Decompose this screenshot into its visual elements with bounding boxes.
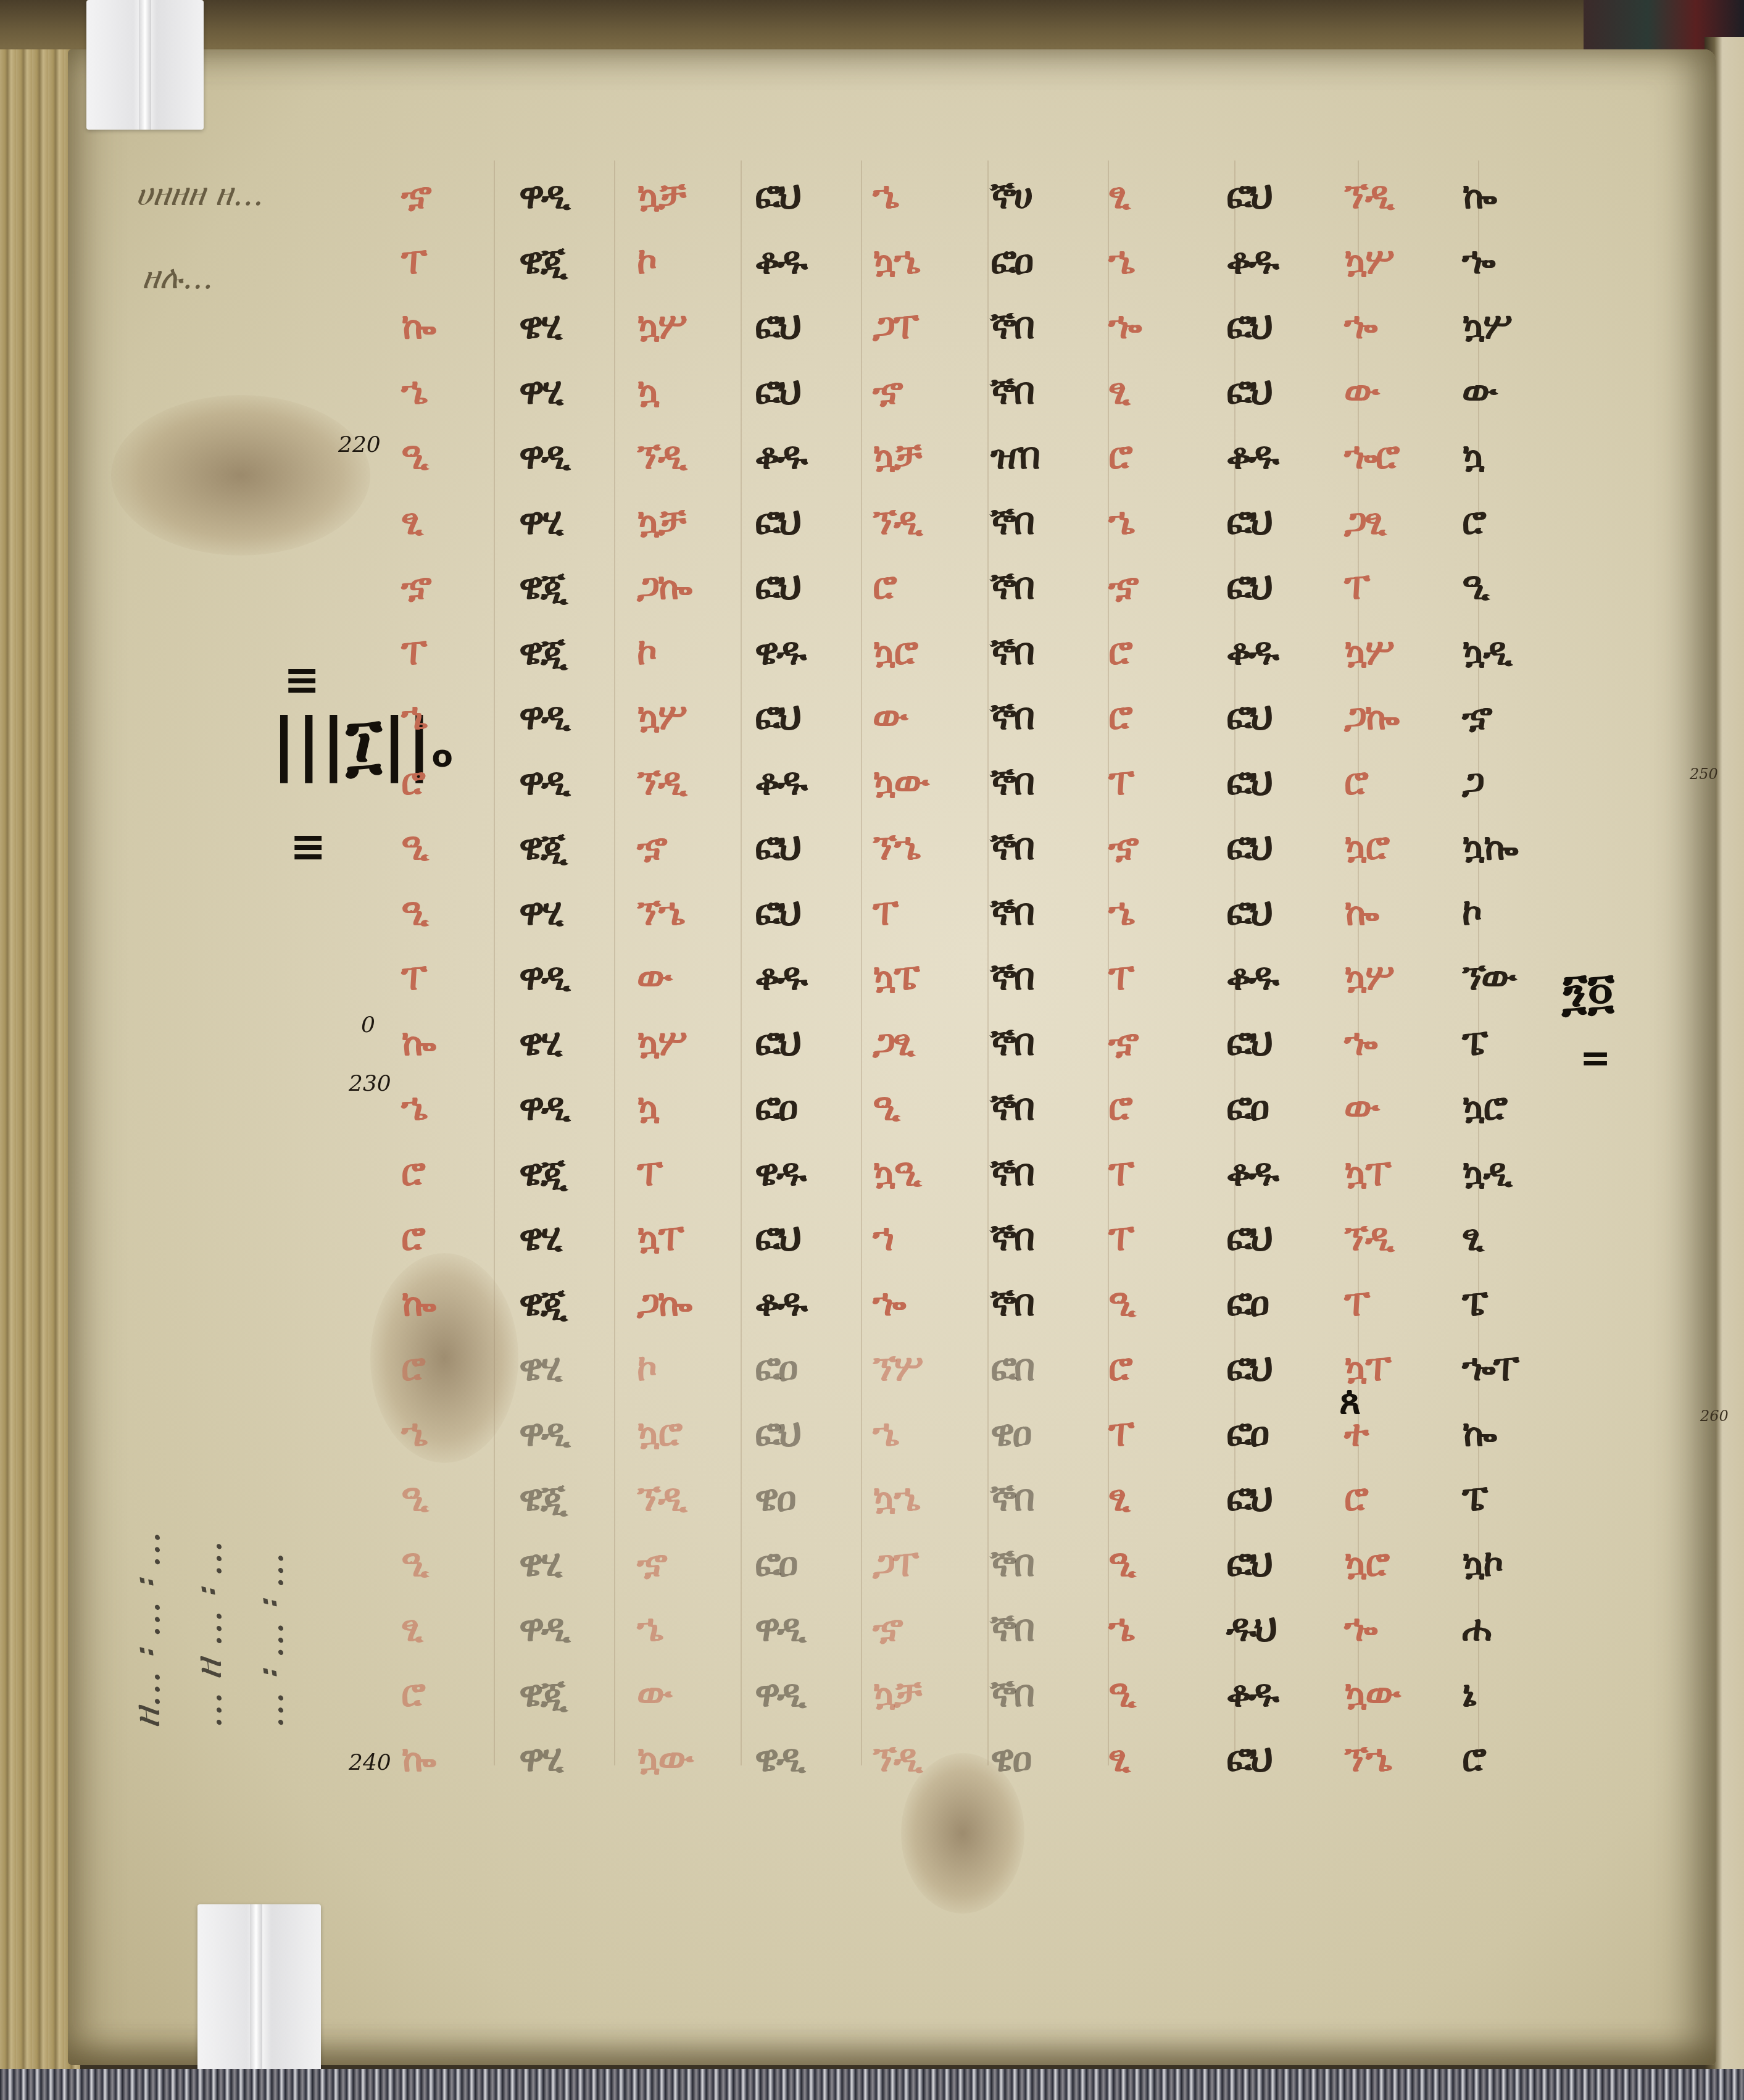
- table-cell: ሮ: [389, 1141, 507, 1206]
- table-cell: ኄ: [1096, 229, 1214, 294]
- table-cell: ፎህ: [1214, 1466, 1332, 1531]
- table-cell: ዌዲ: [742, 1727, 860, 1792]
- table-cell: ፎዐ: [1214, 1401, 1332, 1467]
- table-cell: ኳቻ: [860, 424, 978, 490]
- table-cell: ኞበ: [978, 490, 1096, 555]
- table-cell: ኞበ: [978, 880, 1096, 946]
- table-cell: ዌጂ: [507, 229, 625, 294]
- table-cell: ኳሦ: [625, 1010, 742, 1076]
- table-cell: ኳው: [860, 750, 978, 815]
- table-cell: ኇ: [625, 1531, 742, 1597]
- table-cell: ኞበ: [978, 294, 1096, 359]
- table-cell: ዌጂ: [507, 815, 625, 880]
- table-cell: ፎህ: [1214, 359, 1332, 425]
- table-cell: ኇ: [1096, 1010, 1214, 1076]
- table-cell: ዋሂ: [507, 490, 625, 555]
- table-cell: ኳሮ: [1332, 1531, 1450, 1597]
- margin-number: 240: [349, 1750, 391, 1775]
- table-cell: ኇ: [860, 1596, 978, 1662]
- table-cell: ፐ: [389, 945, 507, 1010]
- table-cell: ዋሂ: [507, 1727, 625, 1792]
- table-cell: ኮ: [1450, 880, 1568, 946]
- table-cell: ኮ: [625, 620, 742, 685]
- table-cell: ው: [625, 945, 742, 1010]
- table-cell: ፐ: [1096, 1141, 1214, 1206]
- table-cell: ቆዱ: [742, 945, 860, 1010]
- table-cell: ዒ: [389, 1466, 507, 1531]
- table-cell: ዒ: [860, 1075, 978, 1141]
- table-cell: ፎህ: [1214, 750, 1332, 815]
- table-cell: ኰ: [389, 294, 507, 359]
- table-cell: ኳሦ: [1332, 229, 1450, 294]
- table-cell: ኞበ: [978, 1271, 1096, 1336]
- table-cell: ኳቻ: [625, 164, 742, 229]
- table-cell: ፎህ: [1214, 880, 1332, 946]
- table-cell: ፎህ: [742, 1010, 860, 1076]
- table-cell: ፎህ: [1214, 1531, 1332, 1597]
- table-cell: ፎህ: [1214, 685, 1332, 750]
- table-cell: ው: [625, 1662, 742, 1727]
- table-cell: ኈ: [1096, 294, 1214, 359]
- table-cell: ኰ: [1450, 164, 1568, 229]
- table-cell: ኞበ: [978, 1531, 1096, 1597]
- table-cell: ኇ: [1096, 815, 1214, 880]
- table-cell: ፐ: [860, 880, 978, 946]
- table-cell: ፎህ: [1214, 1206, 1332, 1271]
- table-cell: ኳሮ: [625, 1401, 742, 1467]
- table-cell: ኳኮ: [1450, 1531, 1568, 1597]
- table-cell: ቆዱ: [742, 424, 860, 490]
- table-cell: ፎህ: [1214, 164, 1332, 229]
- table-cell: ኘው: [1450, 945, 1568, 1010]
- table-cell: ዒ: [389, 880, 507, 946]
- table-cell: ፂ: [1096, 1466, 1214, 1531]
- table-cell: ኄ: [389, 359, 507, 425]
- table-cell: ኞበ: [978, 1010, 1096, 1076]
- table-cell: ቆዱ: [1214, 1662, 1332, 1727]
- table-cell: ፂ: [389, 1596, 507, 1662]
- numeral-strokes: |||: [272, 704, 346, 783]
- vertical-note-line: ... ፡ ... ፡ ...: [247, 1552, 293, 1728]
- table-cell: ዌዐ: [978, 1727, 1096, 1792]
- table-cell: ፐ: [1096, 1401, 1214, 1467]
- table-cell: ፎዐ: [1214, 1271, 1332, 1336]
- margin-number: 230: [349, 1071, 391, 1096]
- table-cell: ፂ: [389, 490, 507, 555]
- table-cell: ቆዱ: [742, 750, 860, 815]
- computus-table: ኇዋዲኳቻፎህኄኞሀፂፎህኘዲኰፐዌጂኮቆዱኳኄፎዐኄቆዱኳሦኈኰዌሂኳሦፎህጋ…: [389, 164, 1568, 1792]
- stain: [111, 395, 370, 556]
- table-cell: ሮ: [1096, 1075, 1214, 1141]
- table-cell: ሮ: [389, 1206, 507, 1271]
- table-cell: ሮ: [389, 750, 507, 815]
- table-cell: ኳው: [625, 1727, 742, 1792]
- table-cell: ኘዲ: [1332, 1206, 1450, 1271]
- table-cell: ፎህ: [1214, 1727, 1332, 1792]
- table-cell: ሮ: [1332, 750, 1450, 815]
- table-cell: ዌጂ: [507, 1271, 625, 1336]
- table-cell: ኞበ: [978, 1075, 1096, 1141]
- table-cell: ዋዲ: [742, 1662, 860, 1727]
- table-cell: ዱህ: [1214, 1596, 1332, 1662]
- table-cell: ፎዐ: [742, 1075, 860, 1141]
- table-cell: ው: [860, 685, 978, 750]
- table-cell: ኔ: [1450, 1662, 1568, 1727]
- vertical-note-line: ዘ... ፡ ... ፡ ...: [123, 1531, 169, 1728]
- table-cell: ፎህ: [742, 554, 860, 620]
- table-cell: ቆዱ: [1214, 1141, 1332, 1206]
- table-cell: ኳፐ: [1332, 1141, 1450, 1206]
- margin-number: 0: [361, 1012, 375, 1038]
- table-cell: ሮ: [389, 1662, 507, 1727]
- table-cell: ዋዲ: [742, 1596, 860, 1662]
- table-cell: ኈ: [1450, 229, 1568, 294]
- table-cell: ኘዲ: [860, 1727, 978, 1792]
- table-cell: ሮ: [860, 554, 978, 620]
- table-cell: ዒ: [389, 424, 507, 490]
- table-cell: ፎዐ: [742, 1531, 860, 1597]
- table-cell: ፐ: [389, 229, 507, 294]
- table-cell: ኞበ: [978, 1596, 1096, 1662]
- margin-number: 260: [1700, 1407, 1729, 1425]
- table-cell: ኄ: [389, 1075, 507, 1141]
- table-cell: ዠበ: [978, 424, 1096, 490]
- table-cell: ኘዲ: [860, 490, 978, 555]
- page-clip-top: [86, 0, 204, 130]
- table-cell: ዌጂ: [507, 620, 625, 685]
- margin-number: 250: [1690, 765, 1718, 783]
- table-cell: ኇ: [1450, 685, 1568, 750]
- table-cell: ኘኄ: [1332, 1727, 1450, 1792]
- table-cell: ዋዲ: [507, 1075, 625, 1141]
- table-cell: ፎህ: [742, 490, 860, 555]
- table-cell: ፎህ: [742, 294, 860, 359]
- table-cell: ኞበ: [978, 945, 1096, 1010]
- table-cell: ፎህ: [1214, 1010, 1332, 1076]
- table-cell: ዋዲ: [507, 945, 625, 1010]
- table-cell: ፔ: [1450, 1010, 1568, 1076]
- table-cell: ሮ: [1450, 1727, 1568, 1792]
- table-cell: ሮ: [1096, 424, 1214, 490]
- background-textile-bottom: [0, 2069, 1744, 2100]
- table-cell: ዌጂ: [507, 1662, 625, 1727]
- table-cell: ኳፐ: [625, 1206, 742, 1271]
- table-cell: ኀ: [860, 1206, 978, 1271]
- table-cell: ኄ: [1096, 1596, 1214, 1662]
- table-cell: ኳኄ: [860, 229, 978, 294]
- table-cell: ኳሦ: [625, 294, 742, 359]
- table-cell: ፐ: [625, 1141, 742, 1206]
- table-cell: ኮ: [625, 1336, 742, 1401]
- table-cell: ኈሮ: [1332, 424, 1450, 490]
- table-cell: ዌሂ: [507, 1206, 625, 1271]
- table-cell: ፎህ: [1214, 815, 1332, 880]
- table-cell: ዒ: [1450, 554, 1568, 620]
- table-cell: ኞበ: [978, 554, 1096, 620]
- table-cell: ዋዲ: [507, 685, 625, 750]
- table-cell: ኇ: [625, 815, 742, 880]
- table-cell: ዋዲ: [507, 164, 625, 229]
- table-cell: ቆዱ: [742, 229, 860, 294]
- table-cell: ኞበ: [978, 1662, 1096, 1727]
- table-cell: ፐ: [1096, 1206, 1214, 1271]
- table-cell: ሮ: [1096, 620, 1214, 685]
- table-cell: ዒ: [1096, 1531, 1214, 1597]
- margin-number: 220: [338, 432, 381, 457]
- table-cell: ፎዐ: [742, 1336, 860, 1401]
- table-cell: ፎህ: [742, 1401, 860, 1467]
- numeral-dots-top: ≡: [284, 654, 320, 705]
- table-cell: ፂ: [1096, 359, 1214, 425]
- table-cell: ዌጂ: [507, 554, 625, 620]
- table-cell: ተ: [1332, 1401, 1450, 1467]
- table-cell: ሐ: [1450, 1596, 1568, 1662]
- table-cell: ኘኄ: [625, 880, 742, 946]
- table-cell: ኄ: [625, 1596, 742, 1662]
- table-cell: ኘዲ: [625, 424, 742, 490]
- table-cell: ኳኄ: [860, 1466, 978, 1531]
- table-cell: ዋሂ: [507, 359, 625, 425]
- table-cell: ፔ: [1450, 1466, 1568, 1531]
- table-cell: ዋዲ: [507, 1401, 625, 1467]
- top-margin-note-line: ሀዘዘዘ ዘ...: [136, 176, 263, 214]
- table-cell: ኞበ: [978, 1141, 1096, 1206]
- table-cell: ኳ: [625, 359, 742, 425]
- top-margin-note-line: ዘሉ...: [142, 259, 213, 297]
- table-cell: ቆዱ: [1214, 620, 1332, 685]
- table-cell: ዌሂ: [507, 1531, 625, 1597]
- table-cell: ኞበ: [978, 359, 1096, 425]
- table-cell: ዋዲ: [507, 1596, 625, 1662]
- table-cell: ኳ: [625, 1075, 742, 1141]
- table-cell: ኇ: [1096, 554, 1214, 620]
- table-cell: ኳፐ: [1332, 1336, 1450, 1401]
- table-cell: ኇ: [389, 164, 507, 229]
- table-cell: ኈ: [1332, 1596, 1450, 1662]
- table-cell: ዌዐ: [978, 1401, 1096, 1467]
- table-cell: ኳሦ: [1332, 945, 1450, 1010]
- table-cell: ሮ: [1096, 1336, 1214, 1401]
- table-cell: ጋኰ: [1332, 685, 1450, 750]
- table-cell: ፎህ: [742, 164, 860, 229]
- table-cell: ሮ: [1450, 490, 1568, 555]
- table-cell: ኈ: [1332, 1010, 1450, 1076]
- table-cell: ኳኰ: [1450, 815, 1568, 880]
- numeral-glyph: ፲: [346, 704, 383, 783]
- table-cell: ኘሦ: [860, 1336, 978, 1401]
- table-cell: ኞበ: [978, 620, 1096, 685]
- table-cell: ዒ: [389, 815, 507, 880]
- table-cell: ፐ: [1096, 750, 1214, 815]
- table-cell: ኳሮ: [860, 620, 978, 685]
- marginal-numeral-right: ፺፬: [1561, 963, 1614, 1021]
- table-cell: ፎህ: [1214, 490, 1332, 555]
- table-cell: ቆዱ: [1214, 945, 1332, 1010]
- table-cell: ኳዲ: [1450, 620, 1568, 685]
- table-cell: ኘዲ: [1332, 164, 1450, 229]
- table-cell: ኄ: [1096, 880, 1214, 946]
- table-cell: ኳው: [1332, 1662, 1450, 1727]
- table-cell: ኳ: [1450, 424, 1568, 490]
- table-cell: ፂ: [1096, 1727, 1214, 1792]
- table-cell: ጋፂ: [860, 1010, 978, 1076]
- table-cell: ጋፐ: [860, 294, 978, 359]
- table-cell: ፂ: [1450, 1206, 1568, 1271]
- table-cell: ፎዐ: [978, 229, 1096, 294]
- numeral-dots-bottom: ≡: [290, 821, 326, 872]
- table-cell: ሮ: [389, 1336, 507, 1401]
- table-cell: ኳቻ: [625, 490, 742, 555]
- table-cell: ኞበ: [978, 1466, 1096, 1531]
- table-cell: ኳሦ: [1332, 620, 1450, 685]
- table-cell: ዒ: [1096, 1662, 1214, 1727]
- table-cell: ኄ: [860, 164, 978, 229]
- table-cell: ኄ: [1096, 490, 1214, 555]
- vertical-note-line: ... ዘ ... ፡ ...: [185, 1540, 231, 1728]
- table-cell: ፎህ: [1214, 554, 1332, 620]
- table-cell: ሮ: [1096, 685, 1214, 750]
- table-cell: ጋ: [1450, 750, 1568, 815]
- table-cell: ፐ: [1332, 1271, 1450, 1336]
- table-cell: ኘዲ: [625, 1466, 742, 1531]
- table-cell: ው: [1450, 359, 1568, 425]
- marginal-numeral-right-dots: =: [1580, 1037, 1611, 1080]
- table-cell: ኰ: [389, 1010, 507, 1076]
- table-cell: ኈ: [860, 1271, 978, 1336]
- table-cell: ኳቻ: [860, 1662, 978, 1727]
- table-cell: ፎበ: [978, 1336, 1096, 1401]
- table-cell: ዌጂ: [507, 1466, 625, 1531]
- table-cell: ኞበ: [978, 1206, 1096, 1271]
- table-cell: ፎህ: [742, 685, 860, 750]
- table-cell: ኘኄ: [860, 815, 978, 880]
- table-cell: ፐ: [389, 620, 507, 685]
- table-cell: ቆዱ: [1214, 229, 1332, 294]
- table-cell: ኄ: [860, 1401, 978, 1467]
- table-cell: ዋዲ: [507, 750, 625, 815]
- table-cell: ኇ: [860, 359, 978, 425]
- table-cell: ፎህ: [1214, 294, 1332, 359]
- table-cell: ዌሂ: [507, 1336, 625, 1401]
- table-cell: ኰ: [389, 1727, 507, 1792]
- table-cell: ጋፐ: [860, 1531, 978, 1597]
- table-cell: ኳሦ: [625, 685, 742, 750]
- table-cell: ጋኰ: [625, 554, 742, 620]
- table-cell: ፎህ: [742, 359, 860, 425]
- table-cell: ዌዐ: [742, 1466, 860, 1531]
- table-cell: ቆዱ: [1214, 424, 1332, 490]
- table-cell: ኰ: [1332, 880, 1450, 946]
- table-cell: ኈ: [1332, 294, 1450, 359]
- table-cell: ኞበ: [978, 685, 1096, 750]
- table-cell: ፐ: [1332, 554, 1450, 620]
- table-cell: ፎህ: [742, 1206, 860, 1271]
- table-cell: ቆዱ: [742, 1271, 860, 1336]
- table-cell: ኄ: [389, 1401, 507, 1467]
- table-cell: ዌዱ: [742, 620, 860, 685]
- table-cell: ኳሮ: [1332, 815, 1450, 880]
- table-cell: ው: [1332, 1075, 1450, 1141]
- table-cell: ኞበ: [978, 815, 1096, 880]
- table-cell: ኳፔ: [860, 945, 978, 1010]
- table-cell: ዋዲ: [507, 424, 625, 490]
- table-cell: ፂ: [1096, 164, 1214, 229]
- table-cell: ኮ: [625, 229, 742, 294]
- table-cell: ኄ: [389, 685, 507, 750]
- table-cell: ኰ: [1450, 1401, 1568, 1467]
- table-cell: ዌጂ: [507, 1141, 625, 1206]
- table-cell: ፎዐ: [1214, 1075, 1332, 1141]
- table-cell: ፔ: [1450, 1271, 1568, 1336]
- table-cell: ኘዲ: [625, 750, 742, 815]
- table-cell: ዌሂ: [507, 294, 625, 359]
- table-cell: ዋሂ: [507, 880, 625, 946]
- table-cell: ፐ: [1096, 945, 1214, 1010]
- table-cell: ጋፂ: [1332, 490, 1450, 555]
- table-cell: ኳዒ: [860, 1141, 978, 1206]
- table-cell: ው: [1332, 359, 1450, 425]
- table-cell: ፎህ: [742, 815, 860, 880]
- table-cell: ኰ: [389, 1271, 507, 1336]
- table-cell: ዒ: [389, 1531, 507, 1597]
- table-cell: ጋኰ: [625, 1271, 742, 1336]
- table-cell: ፎህ: [742, 880, 860, 946]
- table-cell: ኳሦ: [1450, 294, 1568, 359]
- table-cell: ፎህ: [1214, 1336, 1332, 1401]
- table-cell: ሮ: [1332, 1466, 1450, 1531]
- table-cell: ኳሮ: [1450, 1075, 1568, 1141]
- table-cell: ኞበ: [978, 750, 1096, 815]
- table-cell: ኇ: [389, 554, 507, 620]
- table-cell: ኈፐ: [1450, 1336, 1568, 1401]
- table-cell: ዌዱ: [742, 1141, 860, 1206]
- table-cell: ኳዲ: [1450, 1141, 1568, 1206]
- table-cell: ኞሀ: [978, 164, 1096, 229]
- table-cell: ዌሂ: [507, 1010, 625, 1076]
- table-cell: ዒ: [1096, 1271, 1214, 1336]
